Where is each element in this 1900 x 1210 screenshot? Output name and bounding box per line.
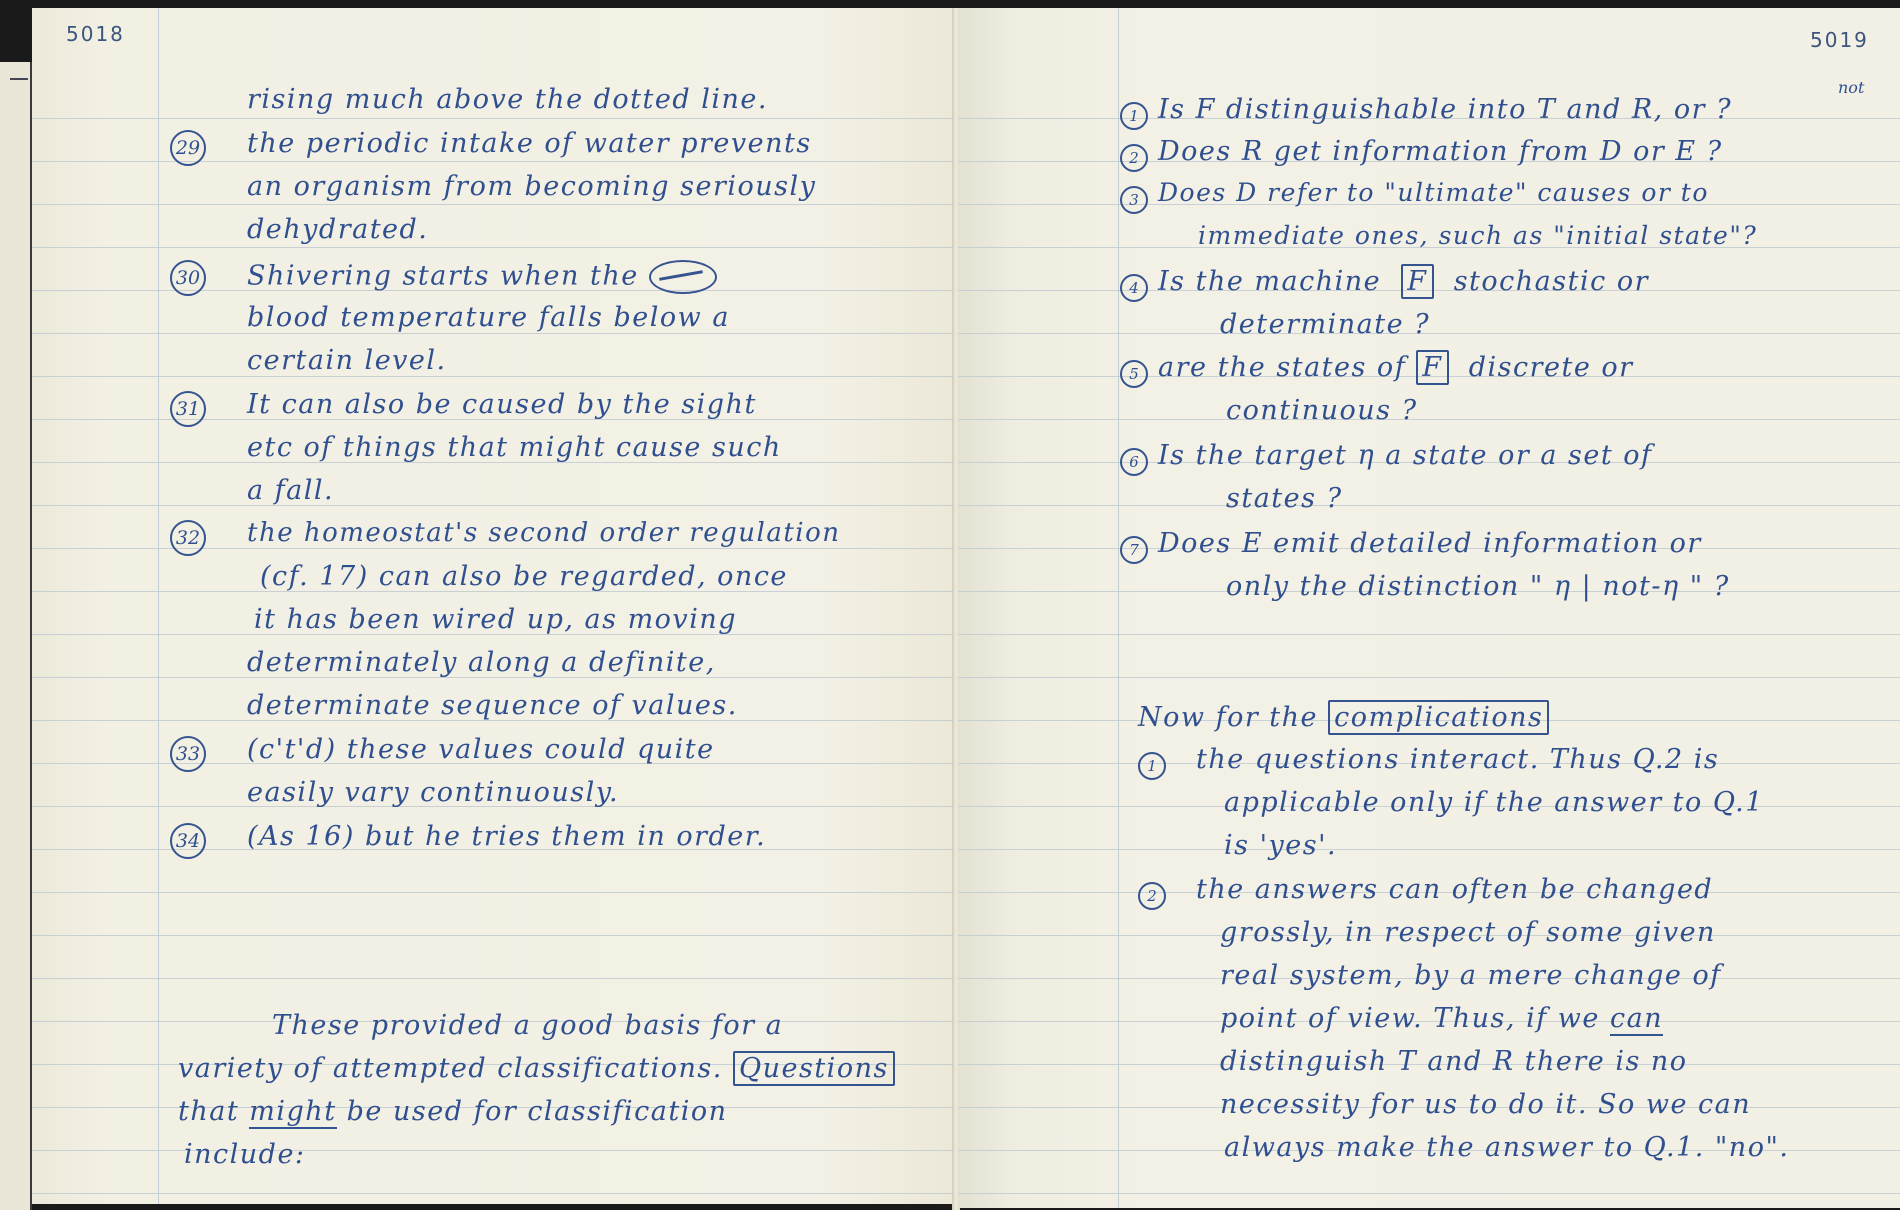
question-number-5: 5 — [1120, 360, 1148, 388]
item-33-line-1: (c't'd) these values could quite — [247, 736, 715, 763]
closing-line-2: variety of attempted classifications. Qu… — [178, 1055, 895, 1082]
item-number-34: 34 — [170, 823, 206, 859]
question-number-3: 3 — [1120, 186, 1148, 214]
page-number: 5019 — [1810, 28, 1869, 52]
question-number-7: 7 — [1120, 536, 1148, 564]
item-number-33: 33 — [170, 736, 206, 772]
item-31-line-1: It can also be caused by the sight — [247, 391, 757, 418]
question-1-text: Is F distinguishable into T and R, or ? — [1158, 96, 1732, 123]
item-30-line-3: certain level. — [247, 347, 447, 374]
continuation-line: rising much above the dotted line. — [247, 86, 768, 113]
complication-2-line-7: always make the answer to Q.1. "no". — [1224, 1134, 1789, 1161]
complication-2-line-3: real system, by a mere change of — [1220, 962, 1722, 989]
complications-heading: Now for the complications — [1138, 704, 1549, 731]
item-number-32: 32 — [170, 520, 206, 556]
complication-2-line-1: the answers can often be changed — [1196, 876, 1713, 903]
complication-2-line-6: necessity for us to do it. So we can — [1220, 1091, 1751, 1118]
complication-2-line-5: distinguish T and R there is no — [1220, 1048, 1688, 1075]
question-4-line-1: Is the machine F stochastic or — [1158, 268, 1649, 295]
item-32-line-2: (cf. 17) can also be regarded, once — [260, 563, 788, 590]
underlying-page-edge — [0, 62, 32, 1210]
item-29-line-3: dehydrated. — [247, 216, 428, 243]
notebook-page-right: 5019 1 Is F distinguishable into T and R… — [958, 8, 1900, 1208]
question-6-line-2: states ? — [1226, 485, 1343, 512]
item-number-30: 30 — [170, 260, 206, 296]
question-7-line-1: Does E emit detailed information or — [1158, 530, 1702, 557]
item-29-line-2: an organism from becoming seriously — [247, 173, 816, 200]
page-number: 5018 — [66, 22, 125, 46]
item-32-line-3: it has been wired up, as moving — [254, 606, 737, 633]
question-5-line-1: are the states of F discrete or — [1158, 354, 1634, 381]
question-number-4: 4 — [1120, 274, 1148, 302]
question-4-line-2: determinate ? — [1220, 311, 1430, 338]
underlined-word-might: might — [249, 1096, 336, 1129]
item-29-line-1: the periodic intake of water prevents — [247, 130, 812, 157]
question-2-text: Does R get information from D or E ? — [1158, 138, 1723, 165]
superscript-not: not — [1838, 78, 1864, 97]
question-number-2: 2 — [1120, 144, 1148, 172]
boxed-F: F — [1401, 264, 1433, 299]
item-31-line-3: a fall. — [247, 477, 334, 504]
item-number-29: 29 — [170, 130, 206, 166]
closing-line-4: include: — [184, 1141, 306, 1168]
closing-line-3: that might be used for classification — [178, 1098, 728, 1125]
question-3-line-2: immediate ones, such as "initial state"? — [1198, 223, 1757, 248]
question-number-1: 1 — [1120, 102, 1148, 130]
boxed-word-complications: complications — [1328, 700, 1549, 735]
question-7-line-2: only the distinction " η | not-η " ? — [1226, 573, 1730, 600]
underlined-word-can: can — [1610, 1003, 1663, 1036]
complication-1-line-3: is 'yes'. — [1224, 832, 1337, 859]
item-33-line-2: easily vary continuously. — [247, 779, 619, 806]
complication-number-2: 2 — [1138, 882, 1166, 910]
item-31-line-2: etc of things that might cause such — [247, 434, 782, 461]
complication-2-line-2: grossly, in respect of some given — [1220, 919, 1716, 946]
question-5-line-2: continuous ? — [1226, 397, 1418, 424]
boxed-F: F — [1416, 350, 1448, 385]
item-30-line-2: blood temperature falls below a — [247, 304, 730, 331]
closing-line-1: These provided a good basis for a — [272, 1012, 783, 1039]
complication-1-line-1: the questions interact. Thus Q.2 is — [1196, 746, 1719, 773]
question-number-6: 6 — [1120, 448, 1148, 476]
item-34-line-1: (As 16) but he tries them in order. — [247, 823, 766, 850]
complication-2-line-4: point of view. Thus, if we can — [1220, 1005, 1663, 1032]
question-6-line-1: Is the target η a state or a set of — [1158, 442, 1653, 469]
page-tab-mark — [10, 78, 28, 80]
complication-number-1: 1 — [1138, 752, 1166, 780]
item-number-31: 31 — [170, 391, 206, 427]
item-30-line-1: Shivering starts when the — [247, 260, 717, 294]
complication-1-line-2: applicable only if the answer to Q.1 — [1224, 789, 1764, 816]
struck-out-word — [649, 260, 717, 294]
notebook-page-left: 5018 rising much above the dotted line. … — [32, 8, 956, 1204]
question-3-line-1: Does D refer to "ultimate" causes or to — [1158, 180, 1709, 205]
item-32-line-1: the homeostat's second order regulation — [247, 520, 841, 546]
item-32-line-4: determinately along a definite, — [247, 649, 716, 676]
item-32-line-5: determinate sequence of values. — [247, 692, 738, 719]
boxed-word-questions: Questions — [733, 1051, 895, 1086]
